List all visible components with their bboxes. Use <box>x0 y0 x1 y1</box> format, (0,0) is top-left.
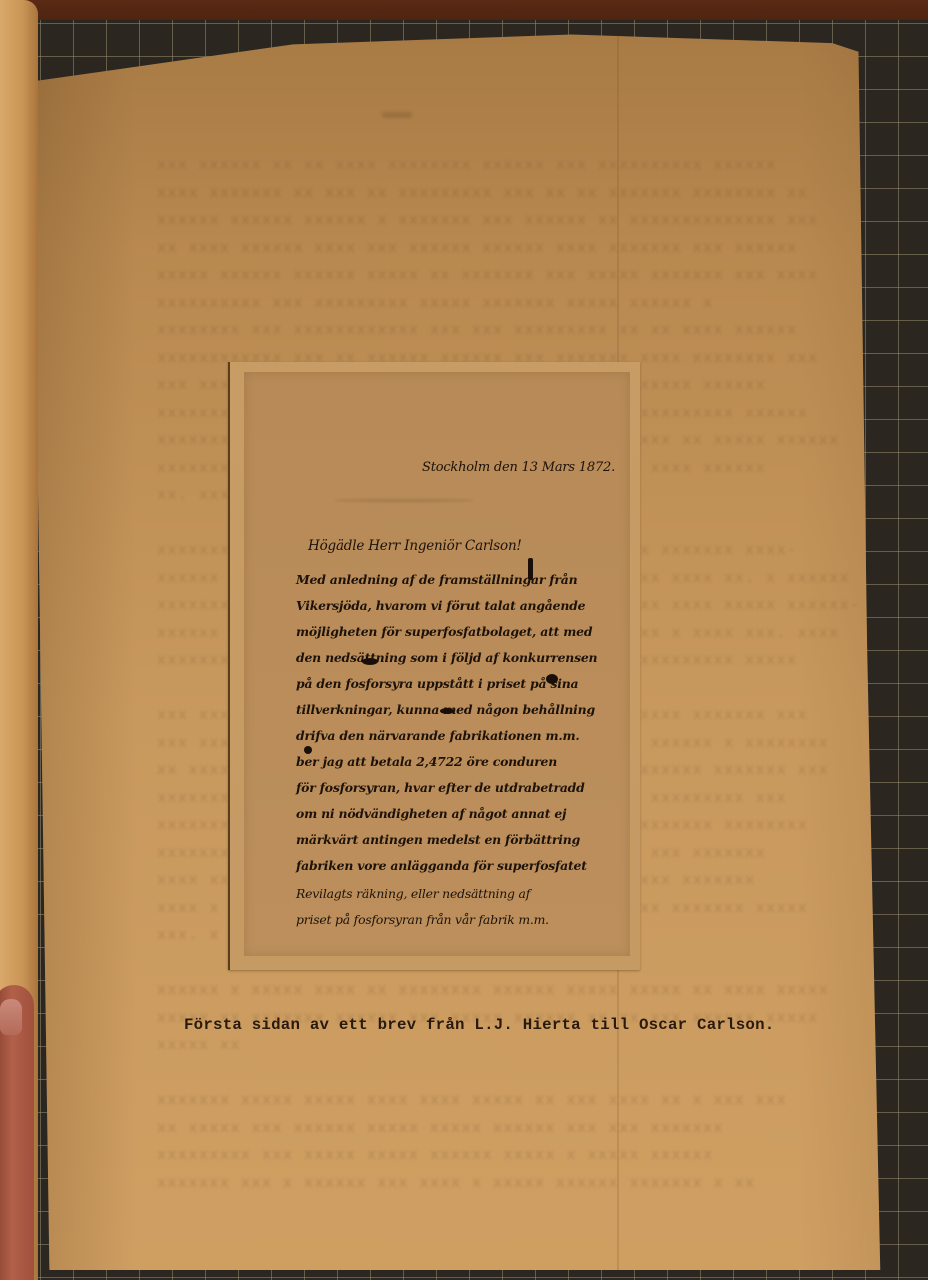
letter-line: för fosforsyran, hvar efter de utdrabetr… <box>296 780 585 795</box>
ink-blot <box>440 708 454 714</box>
letter-line: drifva den närvarande fabrikationen m.m. <box>296 728 580 743</box>
ink-blot <box>362 658 378 665</box>
ghost-text-line: xxxxxxxx xxx xxxxxxxxxxxx xxx xxx xxxxxx… <box>157 317 862 345</box>
letter-line: priset på fosforsyran från vår fabrik m.… <box>296 912 549 927</box>
letter-photo: Stockholm den 13 Mars 1872. Högädle Herr… <box>244 372 630 956</box>
letter-line: ber jag att betala 2,4722 öre conduren <box>296 754 557 769</box>
page-number-mark <box>382 112 412 118</box>
ghost-text-line: xxxxx xx <box>157 1032 862 1060</box>
typed-caption: Första sidan av ett brev från L.J. Hiert… <box>184 1016 774 1034</box>
photo-smudge <box>334 499 474 502</box>
fingernail <box>0 999 22 1035</box>
ink-blot <box>304 746 312 754</box>
letter-place-date: Stockholm den 13 Mars 1872. <box>422 460 615 475</box>
ink-blot <box>528 558 533 580</box>
ghost-text-line: xxxxxxxxxx xxx xxxxxxxxx xxxxx xxxxxxx x… <box>157 290 862 318</box>
ghost-text-line: xxxxx xxxxxx xxxxxx xxxxx xx xxxxxxx xxx… <box>157 262 862 290</box>
ghost-text-line <box>157 1060 862 1088</box>
ghost-text-line: xxxxxxxxx xxx xxxxx xxxxx xxxxxx xxxxx x… <box>157 1142 862 1170</box>
letter-line: Revilagts räkning, eller nedsättning af <box>296 886 530 901</box>
letter-line: möjligheten för superfosfatbolaget, att … <box>296 624 592 639</box>
letter-line: märkvärt antingen medelst en förbättring <box>296 832 580 847</box>
ghost-text-line: xxxxxxx xxx x xxxxxx xxx xxxx x xxxxx xx… <box>157 1170 862 1198</box>
ghost-text-line: xxxxxx xxxxxx xxxxxx x xxxxxxx xxx xxxxx… <box>157 207 862 235</box>
letter-line: på den fosforsyra uppstått i priset på s… <box>296 676 578 691</box>
letter-line: fabriken vore anlägganda för superfosfat… <box>296 858 587 873</box>
letter-line: Vikersjöda, hvarom vi förut talat angåen… <box>296 598 585 613</box>
pasted-photograph: Stockholm den 13 Mars 1872. Högädle Herr… <box>228 362 640 970</box>
ghost-text-line: xxxxxx x xxxxx xxxx xx xxxxxxxx xxxxxx x… <box>157 977 862 1005</box>
letter-line: Med anledning af de framställningar från <box>296 572 577 587</box>
letter-salutation: Högädle Herr Ingeniör Carlson! <box>308 538 522 554</box>
letter-line: om ni nödvändigheten af något annat ej <box>296 806 566 821</box>
ink-blot <box>546 674 558 684</box>
ghost-text-line: xxx xxxxxx xx xx xxxx xxxxxxxx xxxxxx xx… <box>157 152 862 180</box>
ghost-text-line: xxxx xxxxxxx xx xxx xx xxxxxxxxx xxx xx … <box>157 180 862 208</box>
ghost-text-line: xx xxxxx xxx xxxxxx xxxxx xxxxx xxxxxx x… <box>157 1115 862 1143</box>
letter-line: den nedsättning som i följd af konkurren… <box>296 650 597 665</box>
finger-holding-page <box>0 985 34 1280</box>
ghost-text-line: xxxxxxx xxxxx xxxxx xxxx xxxx xxxxx xx x… <box>157 1087 862 1115</box>
ghost-text-line: xx xxxx xxxxxx xxxx xxx xxxxxx xxxxxx xx… <box>157 235 862 263</box>
